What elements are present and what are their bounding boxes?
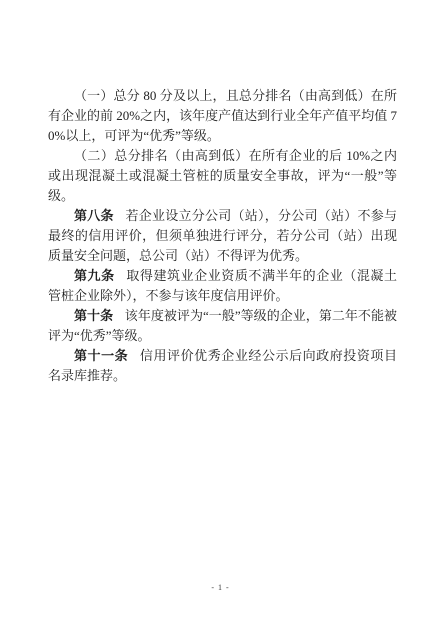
article-number: 第十条 (74, 308, 113, 323)
document-page: （一）总分 80 分及以上，且总分排名（由高到低）在所有企业的前 20%之内，该… (0, 0, 441, 625)
article-number: 第九条 (74, 268, 115, 283)
paragraph-article-10: 第十条该年度被评为“一般”等级的企业，第二年不能被评为“优秀”等级。 (48, 306, 397, 346)
paragraph-article-11: 第十一条信用评价优秀企业经公示后向政府投资项目名录库推荐。 (48, 346, 397, 386)
paragraph-item-2: （二）总分排名（由高到低）在所有企业的后 10%之内或出现混凝土或混凝土管桩的质… (48, 146, 397, 206)
page-number: - 1 - (0, 583, 441, 593)
paragraph-text: （二）总分排名（由高到低）在所有企业的后 10%之内或出现混凝土或混凝土管桩的质… (48, 148, 397, 203)
paragraph-article-8: 第八条若企业设立分公司（站），分公司（站）不参与最终的信用评价，但须单独进行评分… (48, 206, 397, 266)
paragraph-article-9: 第九条取得建筑业企业资质不满半年的企业（混凝土管桩企业除外），不参与该年度信用评… (48, 266, 397, 306)
paragraph-text: （一）总分 80 分及以上，且总分排名（由高到低）在所有企业的前 20%之内，该… (48, 88, 397, 143)
document-body: （一）总分 80 分及以上，且总分排名（由高到低）在所有企业的前 20%之内，该… (48, 86, 397, 386)
article-number: 第八条 (74, 208, 114, 223)
article-number: 第十一条 (74, 348, 128, 363)
paragraph-item-1: （一）总分 80 分及以上，且总分排名（由高到低）在所有企业的前 20%之内，该… (48, 86, 397, 146)
